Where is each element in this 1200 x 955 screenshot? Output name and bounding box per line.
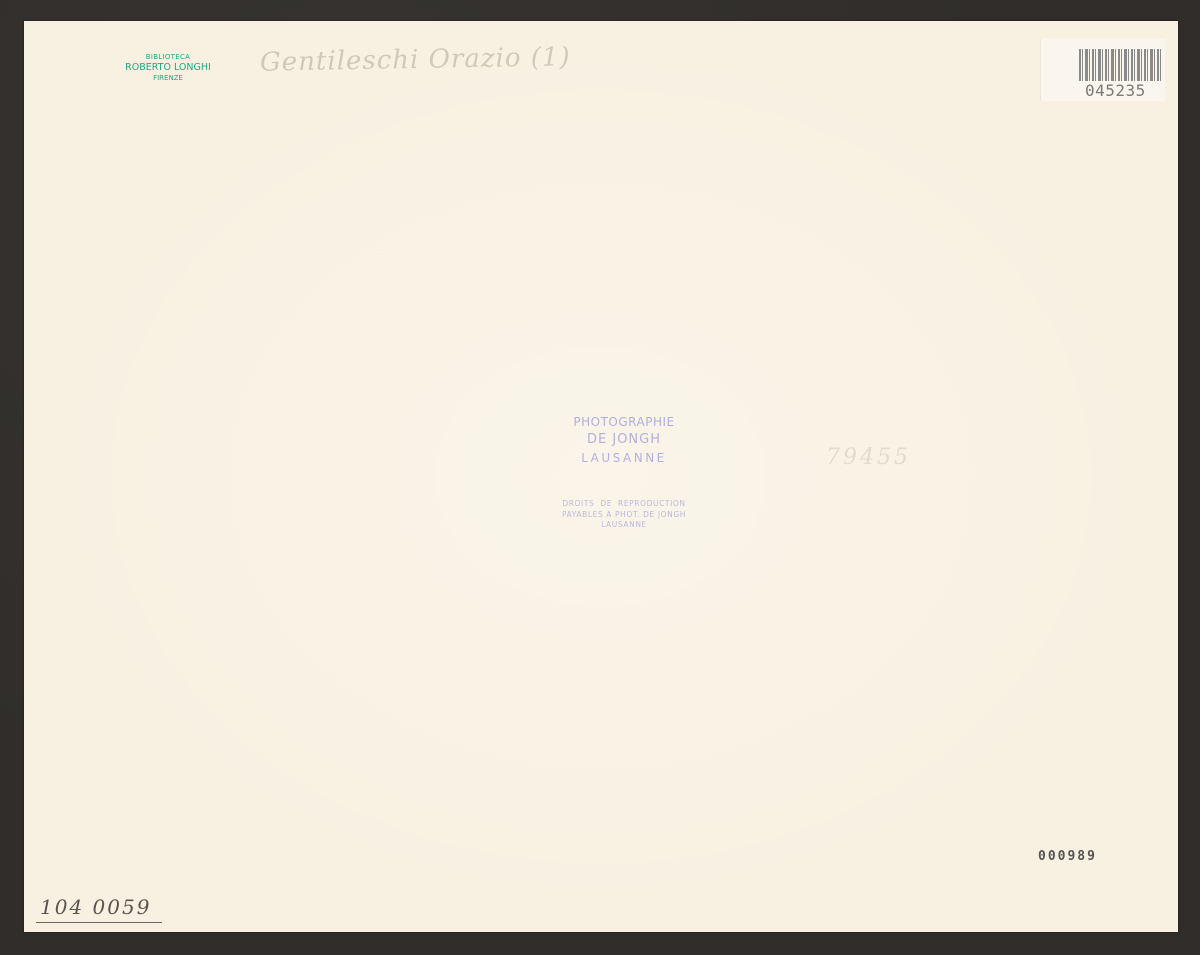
rights-stamp-line1: DROITS DE REPRODUCTION bbox=[504, 499, 744, 510]
rights-stamp-line2: PAYABLES A PHOT. DE JONGH bbox=[504, 510, 744, 521]
rights-stamp-line3: LAUSANNE bbox=[504, 520, 744, 531]
barcode-sticker: 045235 bbox=[1040, 39, 1165, 101]
photographer-stamp-line2: DE JONGH bbox=[524, 431, 724, 449]
barcode-number: 045235 bbox=[1085, 81, 1146, 100]
serial-number: 000989 bbox=[1038, 849, 1097, 864]
photographer-stamp-line1: PHOTOGRAPHIE bbox=[524, 413, 724, 431]
library-stamp-line3: FIRENZE bbox=[112, 74, 224, 83]
barcode-icon bbox=[1079, 49, 1161, 81]
inventory-underline bbox=[36, 922, 162, 923]
inventory-number: 104 0059 bbox=[40, 895, 151, 919]
handwritten-number: 79455 bbox=[826, 445, 911, 470]
library-stamp-line2: ROBERTO LONGHI bbox=[112, 62, 224, 74]
library-stamp-line1: BIBLIOTECA bbox=[112, 53, 224, 62]
photographer-stamp: PHOTOGRAPHIE DE JONGH LAUSANNE bbox=[524, 413, 724, 467]
handwritten-artist-title: Gentileschi Orazio (1) bbox=[260, 42, 571, 77]
reproduction-rights-stamp: DROITS DE REPRODUCTION PAYABLES A PHOT. … bbox=[504, 499, 744, 531]
photographer-stamp-line3: LAUSANNE bbox=[524, 449, 724, 467]
photo-verso-sheet: BIBLIOTECA ROBERTO LONGHI FIRENZE Gentil… bbox=[24, 21, 1178, 932]
library-stamp: BIBLIOTECA ROBERTO LONGHI FIRENZE bbox=[112, 53, 224, 82]
